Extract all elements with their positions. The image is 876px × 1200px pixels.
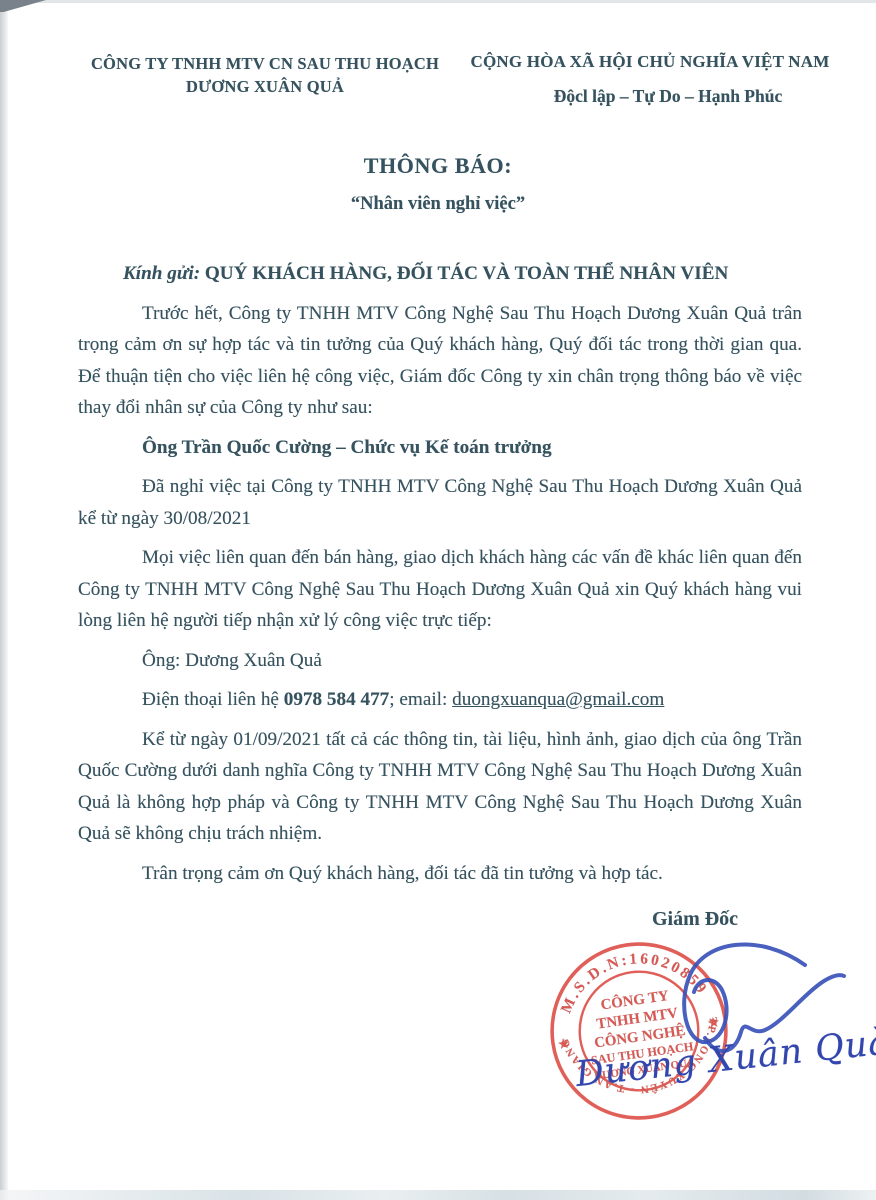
paragraph-resignation: Đã nghỉ việc tại Công ty TNHH MTV Công N… [78, 471, 802, 534]
scanned-document-page: CÔNG TY TNHH MTV CN SAU THU HOẠCH DƯƠNG … [0, 0, 876, 1200]
scan-top-edge [0, 0, 876, 3]
subject-line: Ông Trần Quốc Cường – Chức vụ Kế toán tr… [78, 432, 802, 464]
salutation-line: Kính gửi: QUÝ KHÁCH HÀNG, ĐỐI TÁC VÀ TOÀ… [78, 258, 802, 290]
email-address: duongxuanqua@gmail.com [452, 689, 664, 710]
contact-details-line: Điện thoại liên hệ 0978 584 477; email: … [78, 684, 802, 716]
document-title-block: THÔNG BÁO: “Nhân viên nghỉ việc” [0, 153, 876, 215]
paragraph-disclaimer: Kể từ ngày 01/09/2021 tất cả các thông t… [78, 724, 802, 850]
paragraph-intro: Trước hết, Công ty TNHH MTV Công Nghệ Sa… [78, 298, 802, 424]
national-title: CỘNG HÒA XÃ HỘI CHỦ NGHĨA VIỆT NAM [452, 52, 848, 72]
document-body: Kính gửi: QUÝ KHÁCH HÀNG, ĐỐI TÁC VÀ TOÀ… [78, 258, 802, 889]
contact-name-line: Ông: Dương Xuân Quả [78, 645, 802, 677]
paragraph-handover: Mọi việc liên quan đến bán hàng, giao dị… [78, 542, 802, 637]
scan-bottom-edge [0, 1190, 876, 1200]
salutation-recipients: QUÝ KHÁCH HÀNG, ĐỐI TÁC VÀ TOÀN THỂ NHÂN… [205, 263, 728, 284]
company-name-line2: DƯƠNG XUÂN QUẢ [78, 75, 452, 98]
scan-corner-mark [0, 0, 46, 12]
document-subtitle: “Nhân viên nghỉ việc” [0, 194, 876, 215]
national-header-block: CỘNG HÒA XÃ HỘI CHỦ NGHĨA VIỆT NAM Độcl … [452, 52, 848, 107]
signer-title: Giám Đốc [610, 908, 780, 931]
document-header: CÔNG TY TNHH MTV CN SAU THU HOẠCH DƯƠNG … [78, 52, 848, 107]
phone-number: 0978 584 477 [284, 689, 390, 710]
paragraph-thanks: Trân trọng cảm ơn Quý khách hàng, đối tá… [78, 858, 802, 890]
email-label: ; email: [389, 689, 452, 710]
national-motto: Độcl lập – Tự Do – Hạnh Phúc [470, 86, 866, 107]
salutation-label: Kính gửi: [123, 263, 200, 284]
document-title: THÔNG BÁO: [0, 153, 876, 179]
company-name-line1: CÔNG TY TNHH MTV CN SAU THU HOẠCH [78, 52, 452, 75]
company-name-block: CÔNG TY TNHH MTV CN SAU THU HOẠCH DƯƠNG … [78, 52, 452, 107]
phone-label: Điện thoại liên hệ [142, 689, 284, 710]
